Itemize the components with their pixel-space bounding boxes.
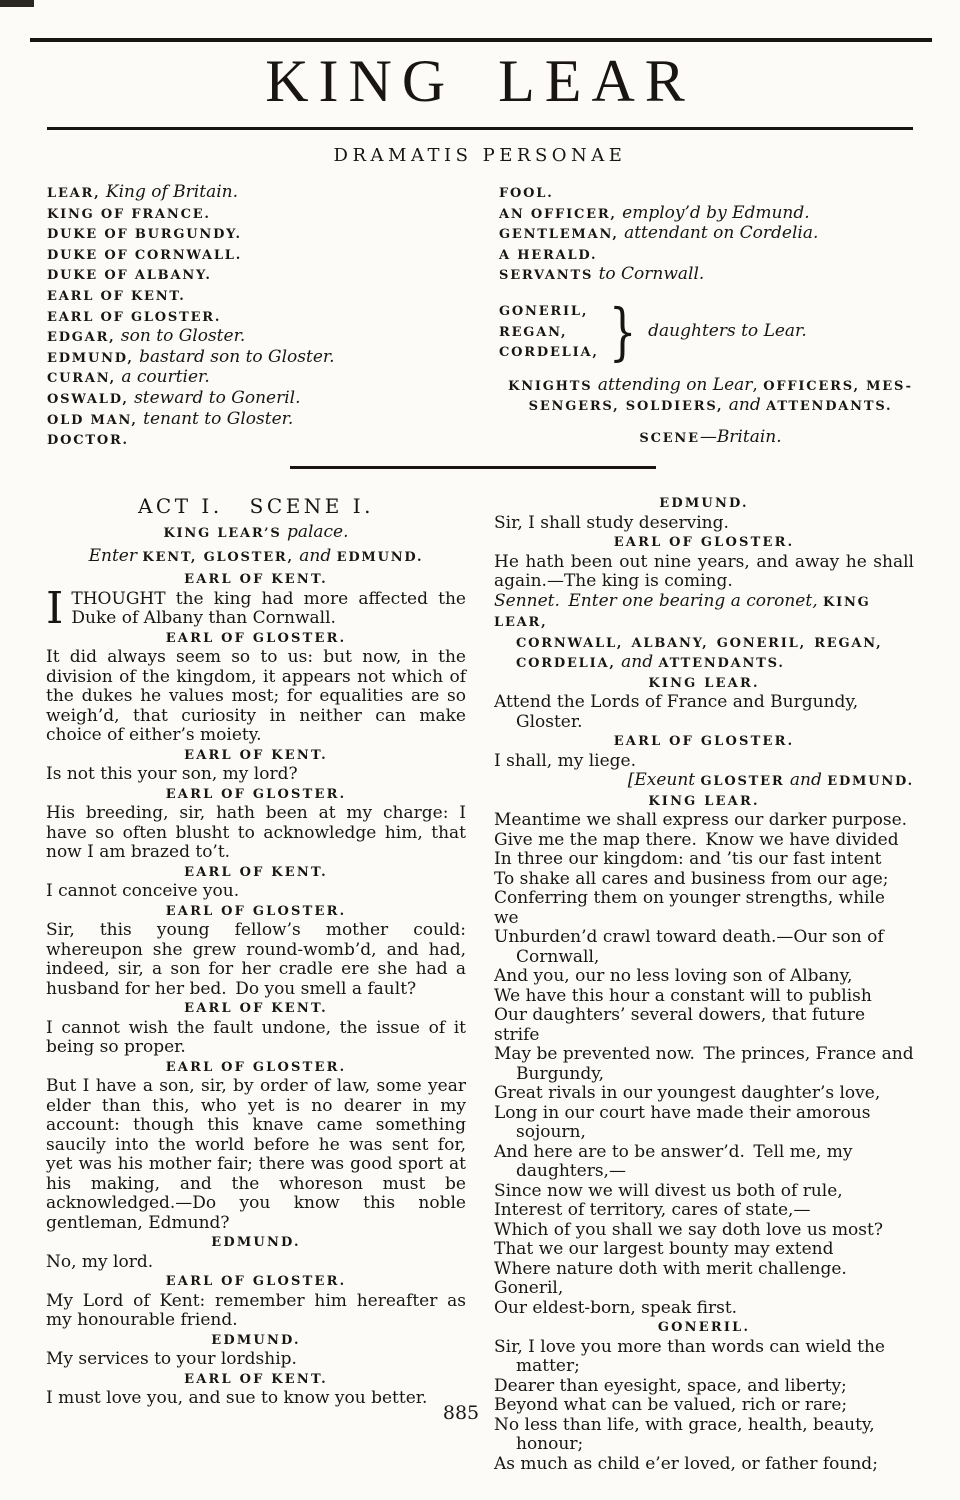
speech-prose: Is not this your son, my lord? — [46, 765, 466, 785]
verse-line: Conferring them on younger strengths, wh… — [494, 889, 914, 928]
speech-prose: No, my lord. — [46, 1253, 466, 1273]
verse-line: daughters,— — [494, 1162, 914, 1182]
italic-text: and — [723, 395, 766, 415]
speaker-heading: EARL OF GLOSTER. — [494, 533, 914, 553]
personae-column-right: FOOL.AN OFFICER, employ’d by Edmund.GENT… — [499, 183, 922, 451]
verse-line: Our eldest-born, speak first. — [494, 1299, 914, 1319]
persona-description: bastard son to Gloster. — [139, 347, 334, 367]
persona-entry: CORDELIA, — [499, 342, 599, 363]
persona-entry: EDGAR, son to Gloster. — [47, 327, 499, 348]
persona-description: King of Britain. — [106, 182, 238, 202]
personae-column-left: LEAR, King of Britain.KING OF FRANCE.DUK… — [47, 183, 499, 451]
verse-line: Great rivals in our youngest daughter’s … — [494, 1084, 914, 1104]
speaker-heading: KING LEAR. — [494, 674, 914, 694]
stage-direction-line: CORNWALL, ALBANY, GONERIL, REGAN, — [494, 633, 914, 654]
right-text-column: EDMUND.Sir, I shall study deserving.EARL… — [494, 494, 914, 1474]
smallcaps-text: EDMUND. — [827, 774, 914, 789]
persona-name: LEAR, — [47, 186, 100, 201]
persona-entry: KING OF FRANCE. — [47, 204, 499, 225]
persona-entry: GONERIL, — [499, 301, 599, 322]
persona-name: A HERALD. — [499, 248, 597, 263]
persona-description: to Cornwall. — [599, 264, 705, 284]
persona-entry: OLD MAN, tenant to Gloster. — [47, 410, 499, 431]
speaker-heading: EARL OF GLOSTER. — [494, 732, 914, 752]
smallcaps-text: SCENE — [639, 431, 699, 446]
speaker-heading: EARL OF KENT. — [46, 1370, 466, 1390]
speech-prose: I cannot conceive you. — [46, 882, 466, 902]
daughters-label: daughters to Lear. — [648, 322, 807, 342]
speaker-heading: EARL OF GLOSTER. — [46, 785, 466, 805]
page-title: KING LEAR — [0, 50, 960, 112]
smallcaps-text: ATTENDANTS. — [658, 656, 784, 671]
persona-description: steward to Goneril. — [134, 388, 300, 408]
speaker-heading: KING LEAR. — [494, 792, 914, 812]
speaker-heading: EARL OF KENT. — [46, 863, 466, 883]
speaker-heading: GONERIL. — [494, 1318, 914, 1338]
speaker-heading: EDMUND. — [46, 1331, 466, 1351]
speech-prose: It did always seem so to us: but now, in… — [46, 648, 466, 746]
verse-line: As much as child e’er loved, or father f… — [494, 1455, 914, 1475]
verse-line: Since now we will divest us both of rule… — [494, 1182, 914, 1202]
knights-note: KNIGHTS attending on Lear, OFFICERS, MES… — [499, 376, 922, 417]
persona-name: EARL OF KENT. — [47, 289, 186, 304]
verse-line: Sir, I love you more than words can wiel… — [494, 1338, 914, 1358]
italic-text: and — [784, 770, 827, 790]
smallcaps-text: OFFICERS, MES- — [763, 379, 913, 394]
persona-entry: SERVANTS to Cornwall. — [499, 265, 922, 286]
verse-line: sojourn, — [494, 1123, 914, 1143]
italic-text: attending on Lear — [592, 375, 752, 395]
persona-entry: EDMUND, bastard son to Gloster. — [47, 348, 499, 369]
persona-name: EARL OF GLOSTER. — [47, 310, 221, 325]
persona-entry: REGAN, — [499, 322, 599, 343]
verse-line: Attend the Lords of France and Burgundy, — [494, 693, 914, 713]
speech-prose: He hath been out nine years, and away he… — [494, 553, 914, 592]
title-rule — [47, 127, 913, 130]
speech-prose: Sir, this young fellow’s mother could: w… — [46, 921, 466, 999]
verse-line: To shake all cares and business from our… — [494, 870, 914, 890]
top-rule — [30, 38, 932, 42]
smallcaps-text: EDMUND. — [337, 550, 424, 565]
stage-direction: Enter KENT, GLOSTER, and EDMUND. — [46, 547, 466, 568]
persona-entry: DUKE OF CORNWALL. — [47, 245, 499, 266]
persona-name: DUKE OF BURGUNDY. — [47, 227, 242, 242]
persona-entry: CURAN, a courtier. — [47, 368, 499, 389]
speech-prose: Sir, I shall study deserving. — [494, 514, 914, 534]
verse-line: Gloster. — [494, 713, 914, 733]
speaker-heading: EARL OF GLOSTER. — [46, 1058, 466, 1078]
left-text-column: ACT I. SCENE I.KING LEAR’S palace.Enter … — [46, 494, 466, 1474]
speech-prose: I shall, my liege. — [494, 752, 914, 772]
smallcaps-text: CORNWALL, ALBANY, GONERIL, REGAN, — [516, 636, 882, 651]
stage-direction-line: Sennet. Enter one bearing a coronet, KIN… — [494, 592, 914, 633]
persona-entry: DUKE OF ALBANY. — [47, 265, 499, 286]
smallcaps-text: CORDELIA, — [516, 656, 616, 671]
persona-name: SERVANTS — [499, 268, 593, 283]
persona-name: DUKE OF CORNWALL. — [47, 248, 242, 263]
persona-entry: DUKE OF BURGUNDY. — [47, 224, 499, 245]
persona-entry: GENTLEMAN, attendant on Cordelia. — [499, 224, 922, 245]
verse-line: Long in our court have made their amorou… — [494, 1104, 914, 1124]
persona-name: DOCTOR. — [47, 433, 129, 448]
speaker-heading: EARL OF GLOSTER. — [46, 629, 466, 649]
plain-text: — — [700, 427, 717, 447]
persona-entry: LEAR, King of Britain. — [47, 183, 499, 204]
speaker-heading: EARL OF GLOSTER. — [46, 902, 466, 922]
smallcaps-text: ATTENDANTS. — [766, 399, 892, 414]
dramatis-personae-heading: DRAMATIS PERSONAE — [0, 146, 960, 166]
italic-text: and — [294, 546, 337, 566]
act-scene-heading: ACT I. SCENE I. — [46, 494, 466, 518]
verse-line: We have this hour a constant will to pub… — [494, 987, 914, 1007]
speech-prose: My services to your lordship. — [46, 1350, 466, 1370]
verse-line: And you, our no less loving son of Alban… — [494, 967, 914, 987]
persona-description: attendant on Cordelia. — [624, 223, 818, 243]
verse-line: Which of you shall we say doth love us m… — [494, 1221, 914, 1241]
book-page: KING LEAR DRAMATIS PERSONAE LEAR, King o… — [0, 0, 960, 1500]
knights-note-line: SENGERS, SOLDIERS, and ATTENDANTS. — [499, 396, 922, 417]
speaker-heading: EDMUND. — [46, 1233, 466, 1253]
persona-description: son to Gloster. — [121, 326, 245, 346]
drop-cap: I — [46, 590, 71, 627]
persona-description: employ’d by Edmund. — [622, 203, 810, 223]
scene-location: SCENE—Britain. — [499, 428, 922, 449]
smallcaps-text: KENT, GLOSTER, — [142, 550, 293, 565]
personae-list: FOOL.AN OFFICER, employ’d by Edmund.GENT… — [499, 183, 922, 286]
persona-description: tenant to Gloster. — [143, 409, 293, 429]
persona-name: KING OF FRANCE. — [47, 207, 211, 222]
smallcaps-text: GLOSTER — [701, 774, 785, 789]
persona-entry: EARL OF GLOSTER. — [47, 307, 499, 328]
persona-entry: DOCTOR. — [47, 430, 499, 451]
verse-line: honour; — [494, 1435, 914, 1455]
persona-name: FOOL. — [499, 186, 554, 201]
speech-prose: ITHOUGHT the king had more affected the … — [46, 590, 466, 629]
page-number: 885 — [0, 1404, 960, 1424]
persona-name: CORDELIA, — [499, 345, 599, 360]
speaker-heading: EARL OF KENT. — [46, 999, 466, 1019]
persona-name: OLD MAN, — [47, 413, 138, 428]
smallcaps-text: KING LEAR’S — [163, 526, 281, 541]
brace-glyph: } — [609, 304, 637, 360]
speaker-heading: EARL OF GLOSTER. — [46, 1272, 466, 1292]
verse-line: Cornwall, — [494, 948, 914, 968]
persona-name: REGAN, — [499, 325, 567, 340]
verse-line: And here are to be answer’d. Tell me, my — [494, 1143, 914, 1163]
speech-prose: I cannot wish the fault undone, the issu… — [46, 1019, 466, 1058]
persona-name: OSWALD, — [47, 392, 129, 407]
verse-line: Our daughters’ several dowers, that futu… — [494, 1006, 914, 1045]
verse-line: Dearer than eyesight, space, and liberty… — [494, 1377, 914, 1397]
persona-name: EDGAR, — [47, 330, 116, 345]
speaker-heading: EARL OF KENT. — [46, 570, 466, 590]
persona-name: DUKE OF ALBANY. — [47, 268, 212, 283]
italic-text: Enter — [89, 546, 143, 566]
persona-name: GENTLEMAN, — [499, 227, 619, 242]
plain-text: , — [752, 375, 763, 395]
italic-text: Sennet. Enter one bearing a coronet, — [494, 591, 823, 611]
knights-note-line: KNIGHTS attending on Lear, OFFICERS, MES… — [499, 376, 922, 397]
speech-prose: But I have a son, sir, by order of law, … — [46, 1077, 466, 1233]
persona-name: GONERIL, — [499, 304, 588, 319]
italic-text: Britain. — [717, 427, 782, 447]
scan-artifact — [0, 0, 34, 7]
verse-line: Burgundy, — [494, 1065, 914, 1085]
persona-description: a courtier. — [121, 367, 209, 387]
verse-line: Unburden’d crawl toward death.—Our son o… — [494, 928, 914, 948]
dramatis-personae-section: LEAR, King of Britain.KING OF FRANCE.DUK… — [47, 183, 922, 451]
verse-line: matter; — [494, 1357, 914, 1377]
speech-prose: My Lord of Kent: remember him hereafter … — [46, 1292, 466, 1331]
persona-entry: FOOL. — [499, 183, 922, 204]
persona-entry: A HERALD. — [499, 245, 922, 266]
section-divider-rule — [290, 466, 656, 469]
italic-text: palace. — [282, 522, 349, 542]
persona-entry: OSWALD, steward to Goneril. — [47, 389, 499, 410]
verse-line: Where nature doth with merit challenge. … — [494, 1260, 914, 1299]
speaker-heading: EDMUND. — [494, 494, 914, 514]
smallcaps-text: SENGERS, SOLDIERS, — [529, 399, 724, 414]
verse-line: Interest of territory, cares of state,— — [494, 1201, 914, 1221]
speech-prose: His breeding, sir, hath been at my charg… — [46, 804, 466, 863]
italic-text: and — [616, 652, 659, 672]
persona-name: EDMUND, — [47, 351, 134, 366]
smallcaps-text: KNIGHTS — [508, 379, 592, 394]
play-text: ACT I. SCENE I.KING LEAR’S palace.Enter … — [46, 494, 914, 1474]
daughters-names: GONERIL,REGAN,CORDELIA, — [499, 301, 599, 363]
verse-line: May be prevented now. The princes, Franc… — [494, 1045, 914, 1065]
verse-line: In three our kingdom: and ’tis our fast … — [494, 850, 914, 870]
stage-direction: KING LEAR’S palace. — [46, 523, 466, 544]
verse-line: Give me the map there. Know we have divi… — [494, 831, 914, 851]
persona-entry: EARL OF KENT. — [47, 286, 499, 307]
exeunt-direction: [Exeunt GLOSTER and EDMUND. — [494, 771, 914, 792]
verse-line: Meantime we shall express our darker pur… — [494, 811, 914, 831]
daughters-group: GONERIL,REGAN,CORDELIA, } daughters to L… — [499, 301, 922, 363]
persona-name: CURAN, — [47, 371, 116, 386]
stage-direction-line: CORDELIA, and ATTENDANTS. — [494, 653, 914, 674]
italic-text: [Exeunt — [628, 770, 701, 790]
speaker-heading: EARL OF KENT. — [46, 746, 466, 766]
persona-entry: AN OFFICER, employ’d by Edmund. — [499, 204, 922, 225]
verse-line: That we our largest bounty may extend — [494, 1240, 914, 1260]
persona-name: AN OFFICER, — [499, 207, 617, 222]
